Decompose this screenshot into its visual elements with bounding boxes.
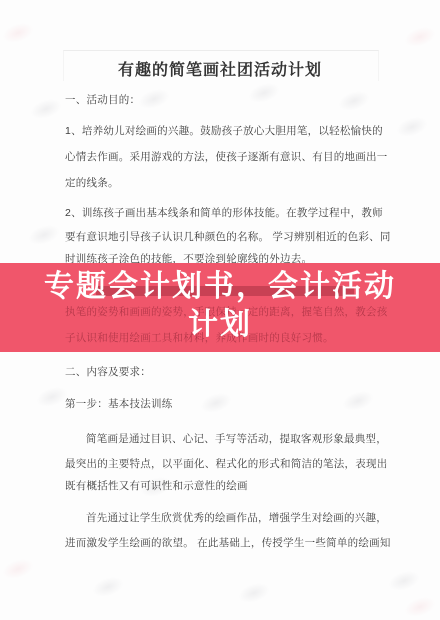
watermark-smudge (0, 19, 36, 46)
promo-overlay-band: 执笔的姿势和画画的姿势，手眼保持一定的距离，握笔自然，教会孩 子认识和使用绘画工… (0, 263, 440, 352)
watermark-smudge (0, 555, 36, 582)
paragraph-line: 首先通过让学生欣赏优秀的绘画作品，增强学生对绘画的兴趣， (65, 510, 408, 525)
overlay-headline-line1: 专题会计划书，会计活动 (0, 272, 440, 302)
watermark-smudge (236, 579, 272, 606)
watermark-smudge (394, 113, 430, 140)
paragraph-line: 进而激发学生绘画的欲望。 在此基础上，传授学生一些简单的绘画知 (65, 535, 387, 550)
watermark-smudge (402, 23, 438, 50)
watermark-smudge (402, 593, 438, 620)
document-title: 有趣的简笔画社团活动计划 (63, 57, 377, 80)
watermark-smudge (28, 95, 64, 122)
paragraph-line: 最突出的主要特点，以平面化、程式化的形式和简洁的笔法，表现出 (65, 456, 387, 471)
paragraph-line: 简笔画是通过目识、心记、手写等活动，提取客观形象最典型， (65, 431, 408, 446)
watermark-smudge (386, 567, 422, 594)
paragraph-line: 既有概括性又有可识性和示意性的绘画 (65, 478, 387, 493)
paragraph-line: 心情去作画。采用游戏的方法，使孩子逐渐有意识、有目的地画出一 (65, 149, 387, 164)
section-heading: 二、内容及要求： (65, 364, 387, 379)
watermark-smudge (26, 221, 62, 248)
watermark-smudge (90, 573, 126, 600)
paragraph-line: 1、培养幼儿对绘画的兴趣。鼓励孩子放心大胆用笔，以轻松愉快的 (65, 123, 387, 138)
paragraph-line: 要有意识地引导孩子认识几种颜色的名称。 学习辨别相近的色彩、同 (65, 229, 387, 244)
scanned-document-page: 有趣的简笔画社团活动计划 一、活动目的： 1、培养幼儿对绘画的兴趣。鼓励孩子放心… (0, 0, 440, 620)
section-heading: 一、活动目的： (65, 92, 387, 107)
paragraph-line: 2、训练孩子画出基本线条和简单的形体技能。在教学过程中，教师 (65, 205, 387, 220)
step-heading: 第一步：基本技法训练 (65, 396, 387, 411)
overlay-headline-line2: 计划 (0, 310, 440, 340)
paragraph-line: 定的线条。 (65, 175, 387, 190)
